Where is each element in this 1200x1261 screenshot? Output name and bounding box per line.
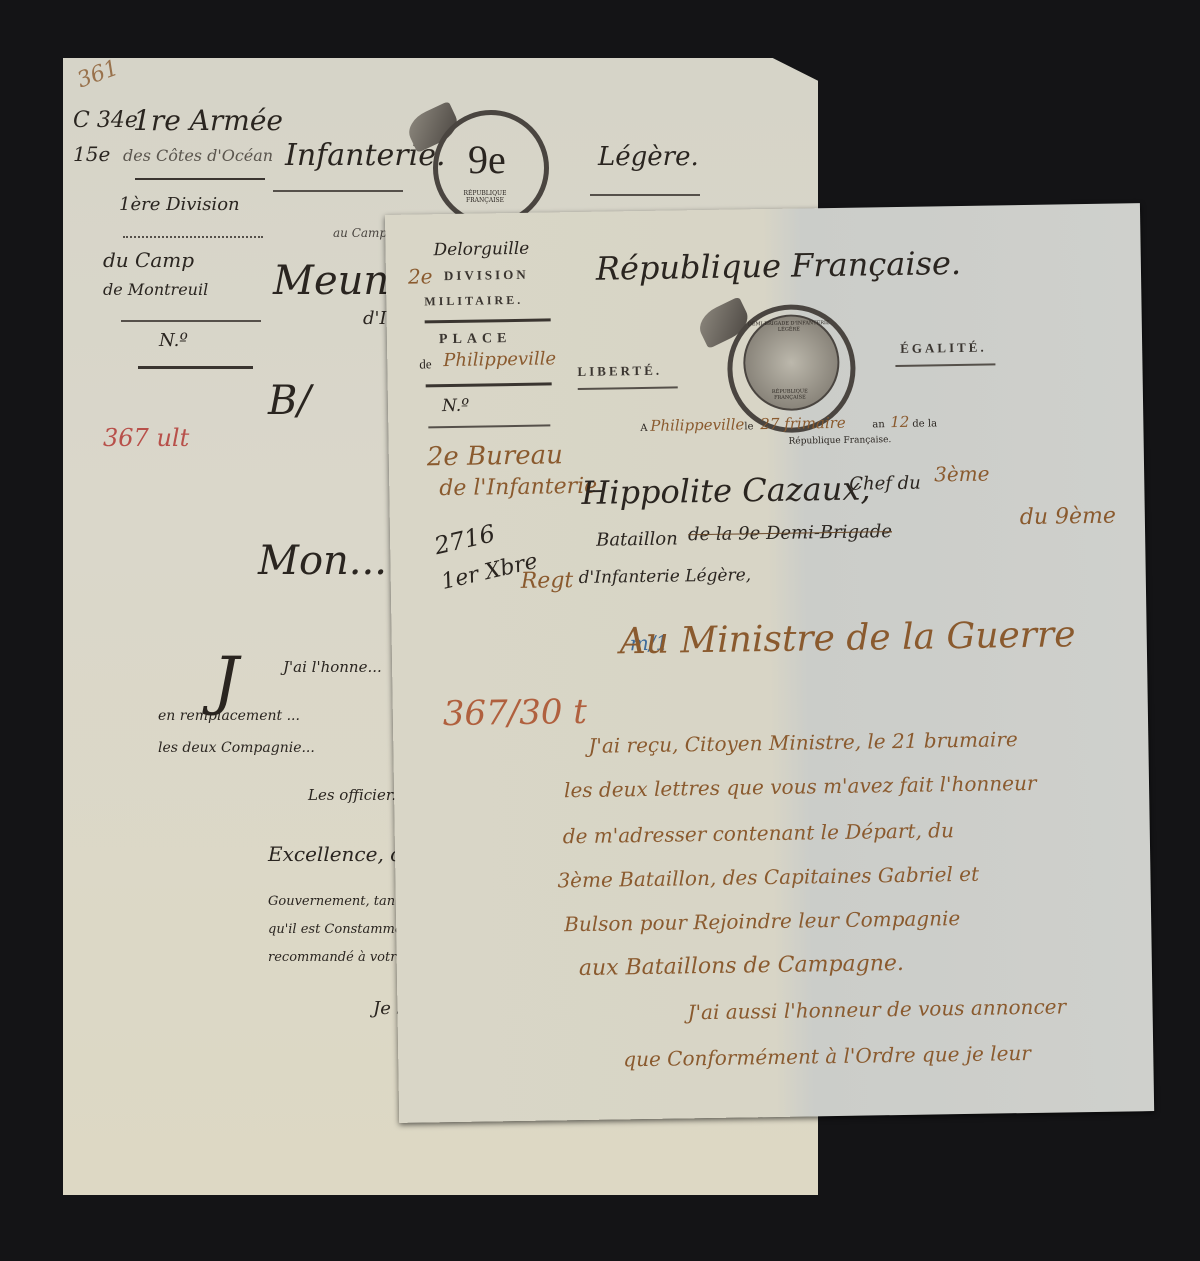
number-rule xyxy=(428,424,550,428)
dateline-suffix: de la xyxy=(912,418,937,429)
regiment-rule-right xyxy=(590,194,700,196)
dateline-line2: République Française. xyxy=(789,435,892,447)
dateline-prefix: A xyxy=(640,423,647,434)
letter-body-line: Bulson pour Rejoindre leur Compagnie xyxy=(564,906,960,936)
republic-heading: République Française. xyxy=(596,244,962,288)
army-prefix: C 34e xyxy=(73,108,138,133)
letter-body-line: que Conformément à l'Ordre que je leur xyxy=(623,1041,1031,1071)
coast-label: des Côtes d'Océan xyxy=(123,146,273,165)
sender-name: Hippolite Cazaux, xyxy=(581,469,871,512)
line2-struck-text: de la 9e Demi-Brigade xyxy=(688,521,892,545)
letter-body-line: J'ai reçu, Citoyen Ministre, le 21 bruma… xyxy=(588,727,1018,758)
army-prefix-2: 15e xyxy=(73,142,110,166)
army-label: 1re Armée xyxy=(133,104,283,137)
number-label: N.º xyxy=(442,396,469,416)
letter-body-line: 3ème Bataillon, des Capitaines Gabriel e… xyxy=(557,862,979,893)
body-line: Gouvernement, tant ... xyxy=(268,894,417,909)
margin-red-note: 367/30 t xyxy=(443,692,588,734)
sender-battalion: 3ème xyxy=(934,462,990,487)
camp-label: du Camp xyxy=(103,248,194,272)
horn-caption: RÉPUBLIQUE FRANÇAISE xyxy=(455,190,515,204)
flourish-rule xyxy=(121,320,261,322)
bureau-line-1: 2e Bureau xyxy=(427,440,564,472)
salutation-partial: Mon... xyxy=(258,538,387,584)
initial-flourish: J xyxy=(213,644,239,718)
regt-note: Regt xyxy=(521,568,574,594)
number-label: N.º xyxy=(159,330,188,351)
place-rule xyxy=(426,382,552,387)
margin-note-black: B/ xyxy=(268,378,311,424)
letter-body-line: J'ai aussi l'honneur de vous annoncer xyxy=(687,994,1066,1024)
file-number: 2716 xyxy=(432,519,498,560)
body-line: Les officier... xyxy=(308,786,406,804)
place-name: Philippeville xyxy=(443,348,556,371)
margin-note-red: 367 ult xyxy=(103,424,189,452)
regiment-right: Légère. xyxy=(598,142,699,172)
letter-body-line: les deux lettres que vous m'avez fait l'… xyxy=(564,771,1037,802)
dateline-an: an xyxy=(872,419,885,430)
motto-liberte: LIBERTÉ. xyxy=(577,363,662,380)
number-rule xyxy=(138,366,253,369)
top-note: Delorguille xyxy=(433,239,529,261)
dateline-le: le xyxy=(744,421,753,432)
letter-body-line: de m'adresser contenant le Départ, du xyxy=(563,818,954,848)
line2-insert: du 9ème xyxy=(1020,504,1117,531)
division-rule xyxy=(425,318,551,323)
line3: d'Infanterie Légère, xyxy=(579,565,752,588)
place-label: PLACE xyxy=(439,331,512,348)
corner-annotation: 361 xyxy=(74,56,122,94)
division-prefix: 2e xyxy=(408,264,433,288)
motto-rule-right xyxy=(895,363,995,367)
dateline-date: 27 frimaire xyxy=(760,414,846,433)
bureau-line-2: de l'Infanterie xyxy=(439,474,597,501)
division-line-2: MILITAIRE. xyxy=(424,293,523,310)
regiment-number: 9e xyxy=(468,136,506,183)
sender-title: Chef du xyxy=(849,473,921,495)
seal-caption: RÉPUBLIQUE FRANÇAISE xyxy=(758,388,822,401)
motto-rule-left xyxy=(578,386,678,390)
division-line-1: DIVISION xyxy=(444,267,529,284)
recipient: Au Ministre de la Guerre xyxy=(619,614,1075,662)
body-line: les deux Compagnie... xyxy=(158,740,315,756)
body-line: en remplacement ... xyxy=(158,708,300,724)
dotted-rule xyxy=(123,236,263,238)
camp-location: de Montreuil xyxy=(103,280,208,299)
header-rule xyxy=(135,178,265,180)
line2-prefix: Bataillon xyxy=(596,528,678,550)
dateline-year: 12 xyxy=(890,413,909,431)
front-letter-sheet: Delorguille 2e DIVISION MILITAIRE. PLACE… xyxy=(385,203,1154,1123)
body-line: J'ai l'honne... xyxy=(283,658,382,676)
division-label: 1ère Division xyxy=(119,194,240,215)
dateline-place: Philippeville xyxy=(650,415,744,434)
seal-text: DEMI-BRIGADE D'INFANTERIE LÉGÈRE xyxy=(743,320,835,333)
letter-body-line: aux Bataillons de Campagne. xyxy=(579,951,904,981)
place-de: de xyxy=(419,356,432,372)
motto-egalite: ÉGALITÉ. xyxy=(900,340,987,357)
regiment-rule-left xyxy=(273,190,403,192)
